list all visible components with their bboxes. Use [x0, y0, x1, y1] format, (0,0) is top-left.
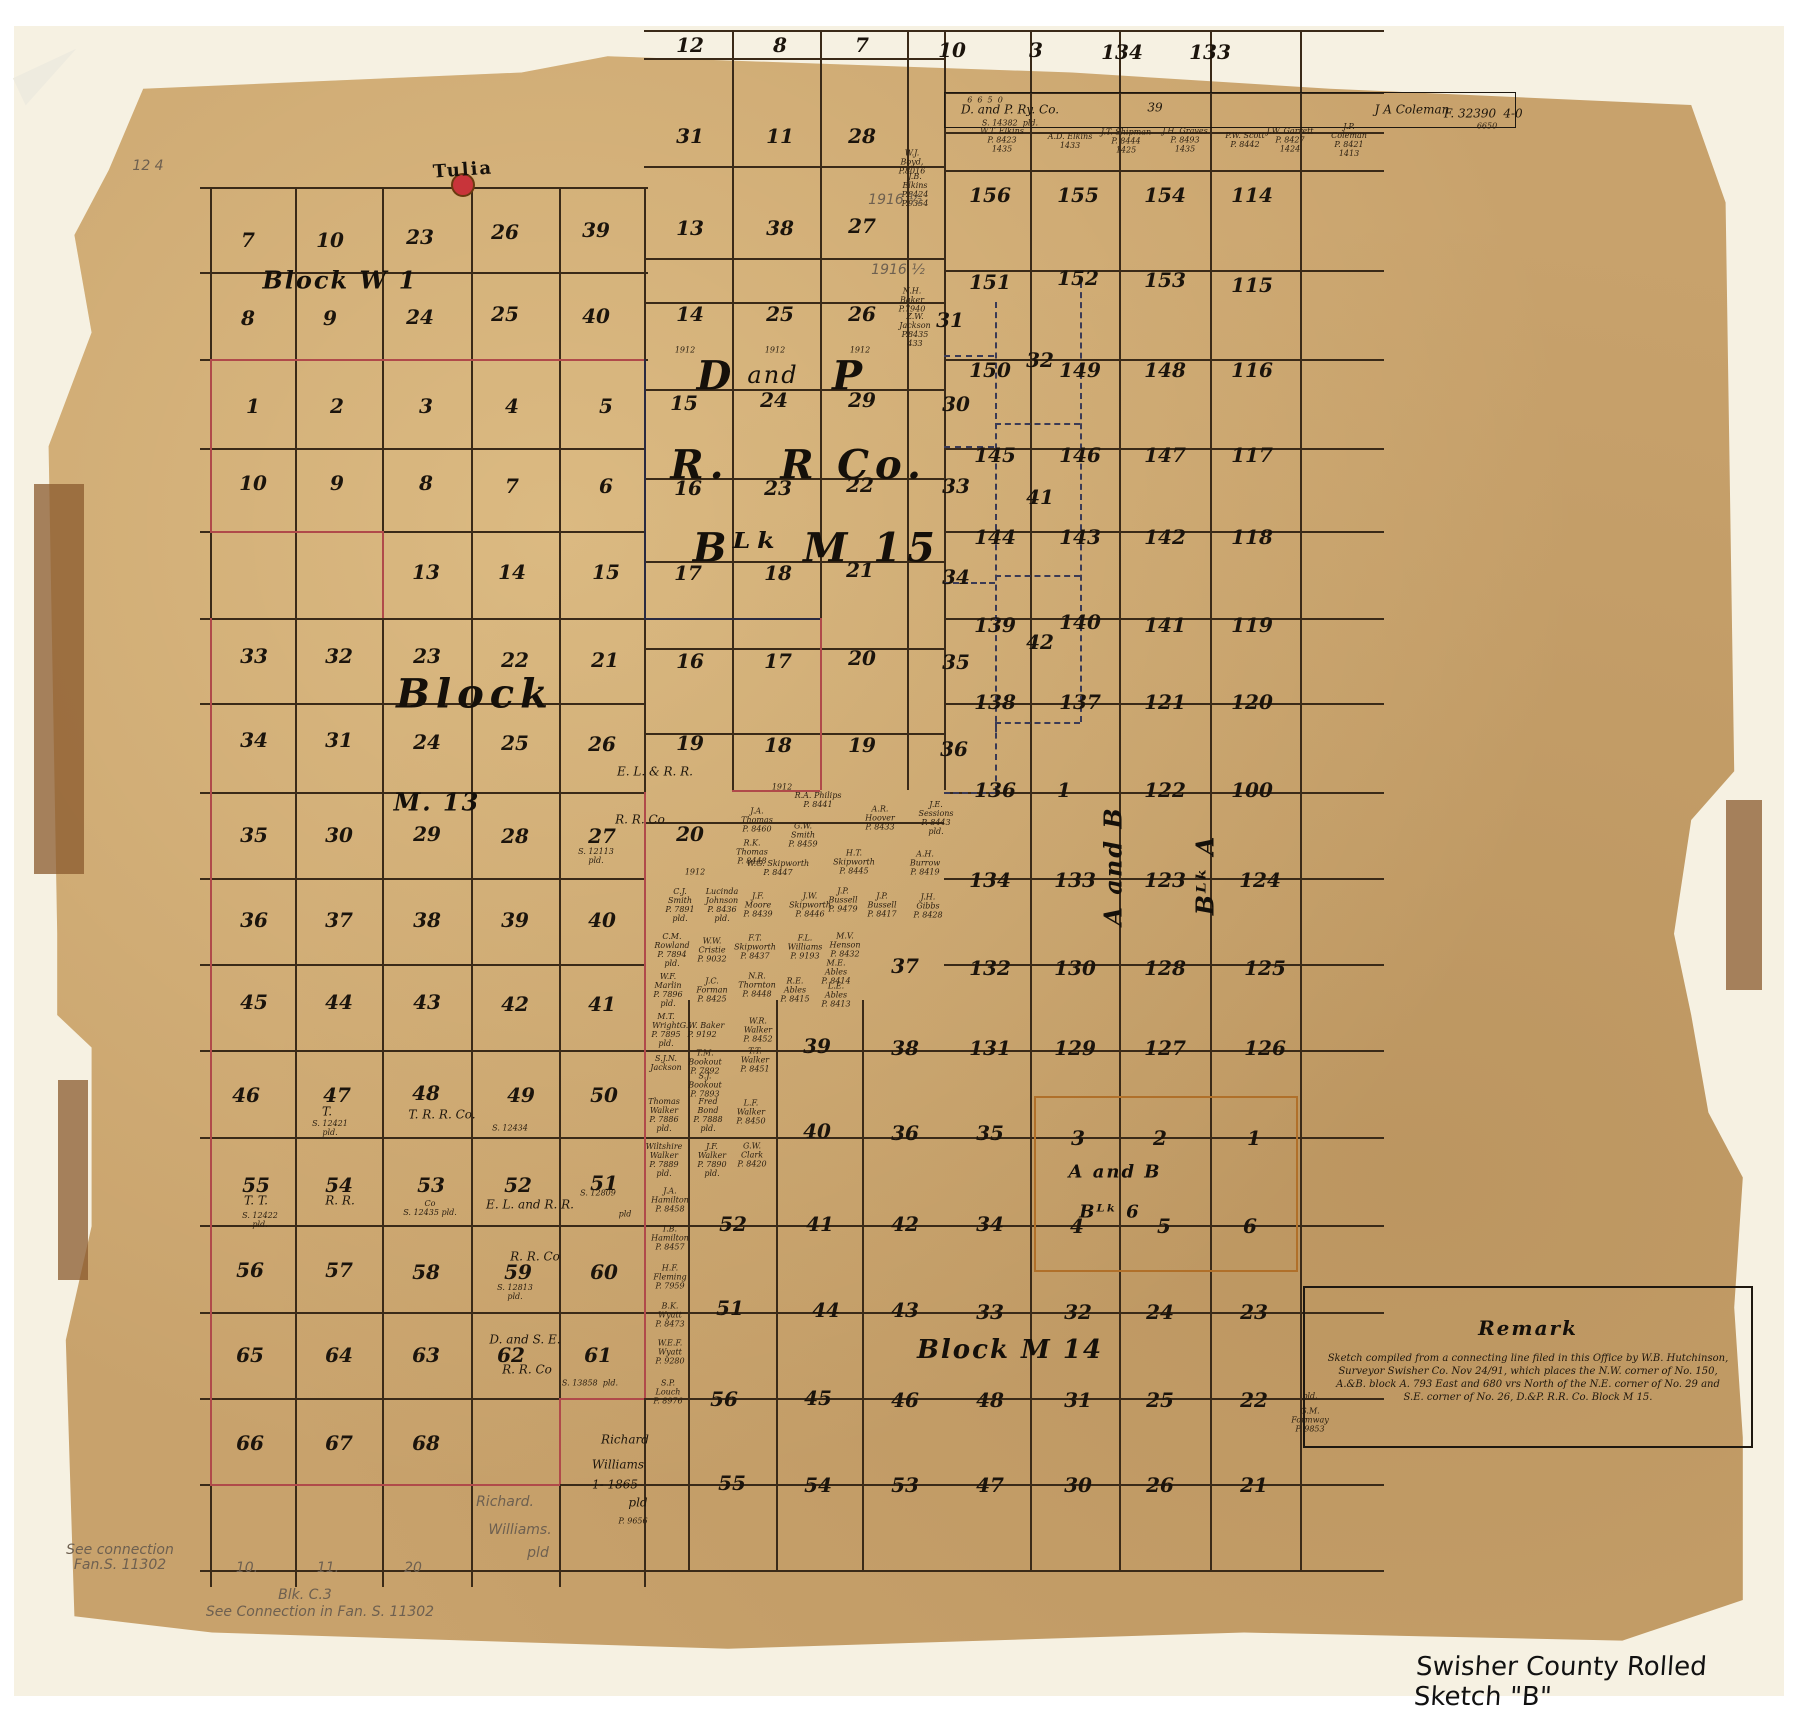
parcel-number: 152	[1057, 266, 1099, 290]
owner-label: R.E. Ables P. 8415	[780, 977, 809, 1004]
pencil-annotation: Richard.	[476, 1494, 534, 1510]
owner-label: I.B. Hamilton P. 8457	[651, 1225, 689, 1252]
owner-label: S. 12113 pld.	[578, 847, 614, 865]
parcel-number: 56	[710, 1387, 738, 1411]
parcel-number: 129	[1054, 1036, 1096, 1060]
owner-label: Lucinda Johnson P. 8436 pld.	[706, 887, 739, 923]
grid-line-horizontal	[200, 618, 644, 620]
parcel-number: 40	[803, 1119, 831, 1143]
owner-label: J.W. Skipworth P. 8446	[789, 892, 831, 919]
owner-label: S. 12422 pld.	[242, 1211, 278, 1229]
parcel-number: 10	[316, 228, 344, 252]
parcel-number: 2	[330, 394, 344, 418]
grid-line-horizontal	[200, 964, 644, 966]
parcel-number: 151	[969, 270, 1011, 294]
parcel-number: 156	[969, 183, 1011, 207]
parcel-number: 52	[504, 1173, 532, 1197]
dashed-boundary	[995, 722, 1080, 724]
owner-label: 1912	[850, 346, 870, 355]
owner-label: N.R. Thornton P. 8448	[738, 972, 775, 999]
parcel-number: 64	[325, 1343, 353, 1367]
owner-label: P. 9656	[618, 1517, 647, 1526]
owner-label: J.P. Bussell P. 8417	[867, 892, 896, 919]
parcel-number: 18	[764, 733, 792, 757]
parcel-number: 126	[1244, 1036, 1286, 1060]
boundary-dp	[644, 618, 820, 620]
parcel-number: 23	[406, 225, 434, 249]
dashed-boundary	[995, 423, 1080, 425]
grid-line-vertical	[862, 1000, 864, 1570]
parcel-number: 131	[969, 1036, 1011, 1060]
parcel-number: 116	[1231, 358, 1273, 382]
block-ab-vertical-label: A and B	[1099, 806, 1128, 925]
parcel-number: 29	[413, 822, 441, 846]
grid-line-vertical	[1119, 30, 1121, 1570]
sheet-caption: Swisher County Rolled Sketch "B"	[1413, 1652, 1800, 1712]
parcel-number: 121	[1144, 690, 1186, 714]
owner-label: H.F. Fleming P. 7959	[653, 1264, 686, 1291]
owner-label: 1912	[675, 346, 695, 355]
owner-label: T.T. Walker P. 8451	[740, 1047, 769, 1074]
parcel-number: 3	[1029, 38, 1043, 62]
parcel-number: 1	[1057, 778, 1071, 802]
owner-label: H.T. Skipworth P. 8445	[833, 849, 875, 876]
parcel-number: 42	[1026, 630, 1054, 654]
remark-title: Remark	[1305, 1316, 1751, 1340]
owner-label: E. L. & R. R.	[617, 766, 693, 779]
owner-label: 1- 1865	[592, 1479, 638, 1492]
parcel-number: 27	[588, 824, 616, 848]
parcel-number: 61	[584, 1343, 612, 1367]
dp-company-and: and	[747, 361, 798, 389]
parcel-number: 132	[969, 956, 1011, 980]
parcel-number: 26	[1146, 1473, 1174, 1497]
parcel-number: 32	[1026, 348, 1054, 372]
owner-label: C.J. Smith P. 7891 pld.	[665, 887, 694, 923]
parcel-number: 40	[588, 908, 616, 932]
parcel-number: 31	[676, 124, 704, 148]
dashed-boundary	[1080, 282, 1082, 722]
parcel-number: 30	[1064, 1473, 1092, 1497]
parcel-number: 55	[718, 1471, 746, 1495]
parcel-number: 13	[412, 560, 440, 584]
grid-line-vertical	[295, 187, 297, 1587]
parcel-number: 140	[1059, 610, 1101, 634]
boundary-red	[820, 618, 822, 790]
owner-label: 1912	[685, 868, 705, 877]
owner-label: J A Coleman	[1375, 104, 1450, 117]
grid-line-horizontal	[200, 1137, 644, 1139]
owner-label: J.C. Forman P. 8425	[696, 977, 727, 1004]
tape-strip-right	[1726, 800, 1762, 990]
parcel-number: 45	[240, 990, 268, 1014]
boundary-dp	[644, 359, 646, 618]
parcel-number: 141	[1144, 613, 1186, 637]
parcel-number: 41	[806, 1212, 834, 1236]
parcel-number: 10	[938, 38, 966, 62]
parcel-number: 36	[891, 1121, 919, 1145]
owner-label: pld	[619, 1210, 632, 1219]
parcel-number: 54	[804, 1473, 832, 1497]
parcel-number: 43	[891, 1298, 919, 1322]
parcel-number: 8	[773, 33, 787, 57]
parcel-number: 48	[412, 1081, 440, 1105]
owner-label: Z.W. Jackson P.8435 433	[899, 312, 930, 348]
parcel-number: 58	[412, 1260, 440, 1284]
parcel-number: 149	[1059, 358, 1101, 382]
parcel-number: 33	[240, 644, 268, 668]
parcel-number: 6	[599, 474, 613, 498]
parcel-number: 50	[590, 1083, 618, 1107]
remark-box: Remark Sketch compiled from a connecting…	[1303, 1286, 1753, 1448]
grid-line-horizontal	[644, 1570, 944, 1572]
parcel-number: 134	[1101, 40, 1143, 64]
grid-line-horizontal	[200, 1312, 644, 1314]
parcel-number: 25	[766, 302, 794, 326]
owner-label: D. and S. E.	[489, 1334, 560, 1347]
parcel-number: 24	[413, 730, 441, 754]
parcel-number: 137	[1059, 690, 1101, 714]
parcel-number: 21	[846, 558, 874, 582]
parcel-number: 147	[1144, 443, 1186, 467]
boundary-red	[210, 531, 382, 533]
parcel-number: 12	[676, 33, 704, 57]
parcel-number: 22	[846, 473, 874, 497]
owner-label: N.H. Baker P.7940	[899, 287, 926, 314]
parcel-number: 15	[592, 560, 620, 584]
owner-label: G.W. Clark P. 8420	[737, 1142, 766, 1169]
parcel-number: 134	[969, 868, 1011, 892]
parcel-number: 22	[501, 648, 529, 672]
owner-label: M.V. Henson P. 8432	[830, 932, 861, 959]
owner-label: J.A. Thomas P. 8460	[741, 807, 773, 834]
pencil-annotation: Blk. C.3	[278, 1587, 332, 1603]
owner-label: T. R. R. Co.	[408, 1109, 475, 1122]
parcel-number: 63	[412, 1343, 440, 1367]
parcel-number: 17	[674, 561, 702, 585]
block-a-vertical-label: Bᴸᵏ A	[1191, 835, 1220, 915]
owner-label: W.T. Elkins P. 8423 1435	[980, 127, 1024, 154]
boundary-red	[559, 1398, 644, 1400]
owner-label: W.R. Walker P. 8452	[743, 1017, 772, 1044]
owner-label: S. 12813 pld.	[497, 1283, 533, 1301]
parcel-number: 32	[325, 644, 353, 668]
parcel-number: 26	[848, 302, 876, 326]
parcel-number: 37	[325, 908, 353, 932]
parcel-number: 14	[498, 560, 526, 584]
parcel-number: 130	[1054, 956, 1096, 980]
owner-label: T.	[322, 1106, 332, 1119]
owner-label: J.H. Graves P. 8493 1435	[1162, 127, 1208, 154]
owner-label: J.W. Garrett P. 8427 1424	[1266, 127, 1313, 154]
parcel-number: 138	[974, 690, 1016, 714]
parcel-number: 36	[240, 908, 268, 932]
pencil-annotation: Williams.	[488, 1522, 551, 1538]
parcel-number: 16	[676, 649, 704, 673]
parcel-number: 144	[974, 525, 1016, 549]
parcel-number: 128	[1144, 956, 1186, 980]
tape-strip-left-upper	[34, 484, 84, 874]
pencil-annotation: 10.	[236, 1560, 258, 1576]
block-m14-label: Block M 14	[917, 1335, 1103, 1365]
owner-label: J.E. Sessions P. 8443 pld.	[918, 800, 953, 836]
parcel-number: 21	[1240, 1473, 1268, 1497]
parcel-number: 145	[974, 443, 1016, 467]
parcel-number: 7	[505, 474, 519, 498]
owner-label: T. T.	[244, 1195, 268, 1208]
parcel-number: 7	[241, 228, 255, 252]
grid-line-vertical	[732, 30, 734, 790]
parcel-number: 35	[942, 650, 970, 674]
parcel-number: 24	[760, 388, 788, 412]
town-label: Tulia	[432, 157, 493, 182]
parcel-number: 119	[1231, 613, 1273, 637]
parcel-number: 44	[812, 1298, 840, 1322]
owner-label: W.G. Skipworth P. 8447	[747, 859, 809, 877]
owner-label: 1912	[765, 346, 785, 355]
remark-body: Sketch compiled from a connecting line f…	[1325, 1352, 1731, 1404]
parcel-number: 123	[1144, 868, 1186, 892]
owner-label: S.J.N. Jackson	[650, 1054, 681, 1072]
parcel-number: 31	[936, 308, 964, 332]
owner-label: pld	[628, 1497, 647, 1510]
block-w1-label: Block W 1	[262, 266, 417, 295]
parcel-number: 9	[323, 306, 337, 330]
parcel-number: 57	[325, 1258, 353, 1282]
parcel-number: 23	[413, 644, 441, 668]
grid-line-vertical	[471, 187, 473, 1587]
parcel-number: 33	[976, 1300, 1004, 1324]
parcel-number: 127	[1144, 1036, 1186, 1060]
parcel-number: 22	[1240, 1388, 1268, 1412]
parcel-number: 41	[1026, 485, 1054, 509]
owner-label: Fred Bond P. 7888 pld.	[693, 1097, 722, 1133]
parcel-number: 27	[848, 214, 876, 238]
parcel-number: 117	[1231, 443, 1273, 467]
parcel-number: 47	[976, 1473, 1004, 1497]
grid-line-vertical	[559, 187, 561, 1587]
parcel-number: 32	[1064, 1300, 1092, 1324]
parcel-number: 23	[764, 476, 792, 500]
parcel-number: 65	[236, 1343, 264, 1367]
parcel-number: 25	[1146, 1388, 1174, 1412]
parcel-number: 38	[766, 216, 794, 240]
parcel-number: 4	[505, 394, 519, 418]
parcel-number: 29	[848, 388, 876, 412]
owner-label: Richard	[601, 1434, 649, 1447]
grid-line-horizontal	[644, 58, 944, 60]
parcel-number: 31	[1064, 1388, 1092, 1412]
parcel-number: 41	[588, 992, 616, 1016]
owner-label: R.A. Philips P. 8441	[795, 791, 842, 809]
owner-label: Williams	[592, 1459, 644, 1472]
parcel-number: 30	[942, 392, 970, 416]
parcel-number: 154	[1144, 183, 1186, 207]
grid-line-vertical	[1210, 30, 1212, 1570]
parcel-number: 8	[241, 306, 255, 330]
parcel-number: 9	[330, 471, 344, 495]
grid-line-horizontal	[944, 170, 1384, 172]
owner-label: L.E. Ables P. 8413	[821, 982, 850, 1009]
parcel-number: 23	[1240, 1300, 1268, 1324]
owner-label: J.F. Walker P. 7890 pld.	[697, 1142, 726, 1178]
owner-label: L.F. Walker P. 8450	[736, 1099, 765, 1126]
parcel-number: 45	[804, 1386, 832, 1410]
parcel-number: 66	[236, 1431, 264, 1455]
parcel-number: 7	[855, 33, 869, 57]
owner-label: J.P. Bussell P. 9479	[828, 887, 857, 914]
boundary-red	[210, 359, 212, 531]
parcel-number: 35	[976, 1121, 1004, 1145]
parcel-number: 133	[1189, 40, 1231, 64]
owner-label: Co S. 12435 pld.	[403, 1199, 457, 1217]
owner-label: J.A. Hamilton P. 8458	[651, 1187, 689, 1214]
parcel-number: 26	[588, 732, 616, 756]
parcel-number: 20	[848, 646, 876, 670]
owner-label: D. and P. Ry. Co.	[961, 104, 1059, 117]
parcel-number: 46	[232, 1083, 260, 1107]
parcel-number: 24	[1146, 1300, 1174, 1324]
parcel-number: 1	[1247, 1126, 1261, 1150]
owner-label: 39	[1147, 102, 1162, 115]
parcel-number: 8	[419, 471, 433, 495]
parcel-number: 46	[891, 1388, 919, 1412]
parcel-number: 38	[413, 908, 441, 932]
parcel-number: 100	[1231, 778, 1273, 802]
dashed-boundary	[944, 355, 994, 357]
owner-label: J.H. Gibbs P. 8428	[913, 893, 942, 920]
owner-label: 6650	[1477, 122, 1497, 131]
parcel-number: 48	[976, 1388, 1004, 1412]
parcel-number: 19	[848, 733, 876, 757]
parcel-number: 118	[1231, 525, 1273, 549]
map-canvas: Tulia Block W 1 Block M. 13 D and P R. R…	[0, 0, 1800, 1721]
parcel-number: 34	[976, 1212, 1004, 1236]
parcel-number: 13	[676, 216, 704, 240]
parcel-number: 139	[974, 613, 1016, 637]
owner-label: G.W. Smith P. 8459	[788, 822, 817, 849]
parcel-number: 43	[413, 990, 441, 1014]
pencil-annotation: Fan.S. 11302	[74, 1557, 166, 1573]
owner-label: S. 12434	[492, 1124, 528, 1133]
parcel-number: 5	[599, 394, 613, 418]
parcel-number: 39	[582, 218, 610, 242]
parcel-number: 146	[1059, 443, 1101, 467]
owner-label: E. L. and R. R.	[486, 1199, 574, 1212]
boundary-red	[644, 792, 646, 1398]
parcel-number: 25	[491, 302, 519, 326]
parcel-number: 114	[1231, 183, 1273, 207]
parcel-number: 28	[501, 824, 529, 848]
parcel-number: 6	[1243, 1214, 1257, 1238]
parcel-number: 49	[507, 1083, 535, 1107]
parcel-number: 37	[891, 954, 919, 978]
parcel-number: 115	[1231, 273, 1273, 297]
parcel-number: 20	[676, 822, 704, 846]
parcel-number: 44	[325, 990, 353, 1014]
grid-line-vertical	[776, 1000, 778, 1570]
owner-label: S. 12809	[580, 1189, 616, 1198]
grid-line-horizontal	[944, 30, 1384, 32]
grid-line-vertical	[1300, 30, 1302, 1570]
parcel-number: 150	[969, 358, 1011, 382]
owner-label: R. R. Co	[615, 814, 665, 827]
parcel-number: 47	[323, 1083, 351, 1107]
parcel-number: 26	[491, 220, 519, 244]
parcel-number: 59	[504, 1260, 532, 1284]
parcel-number: 148	[1144, 358, 1186, 382]
parcel-number: 52	[719, 1212, 747, 1236]
pencil-annotation: See connection	[66, 1542, 174, 1558]
parcel-number: 38	[891, 1036, 919, 1060]
parcel-number: 3	[1071, 1126, 1085, 1150]
owner-label: F.L. Williams P. 9193	[788, 934, 823, 961]
block-m13-label: Block	[396, 671, 554, 718]
block-6-boundary	[1034, 1096, 1298, 1272]
parcel-number: 53	[891, 1473, 919, 1497]
tape-strip-left-lower	[58, 1080, 88, 1280]
pencil-annotation: 1916 ½	[868, 192, 922, 208]
owner-label: 6 6 5 0	[967, 96, 1003, 105]
grid-line-horizontal	[200, 1050, 644, 1052]
owner-label: Wiltshire Walker P. 7889 pld.	[646, 1142, 683, 1178]
pencil-annotation: 11.	[317, 1560, 339, 1576]
dashed-boundary	[995, 575, 1080, 577]
parcel-number: 33	[942, 474, 970, 498]
dp-company-d: D	[697, 353, 738, 400]
owner-label: S. 12421 pld.	[312, 1119, 348, 1137]
parcel-number: 42	[891, 1212, 919, 1236]
parcel-number: 153	[1144, 268, 1186, 292]
owner-label: C.M. Rowland P. 7894 pld.	[654, 932, 689, 968]
owner-label: R. R. Co	[510, 1251, 560, 1264]
owner-label: F. 32390	[1444, 108, 1496, 121]
owner-label: F.T. Skipworth P. 8437	[734, 934, 776, 961]
parcel-number: 155	[1057, 183, 1099, 207]
parcel-number: 51	[716, 1296, 744, 1320]
boundary-red	[210, 618, 212, 1484]
owner-label: W.F. Marlin P. 7896 pld.	[653, 972, 682, 1008]
owner-label: 1912	[772, 783, 792, 792]
grid-line-horizontal	[200, 448, 644, 450]
owner-label: W.E.F. Wyatt P. 9280	[655, 1339, 684, 1366]
parcel-number: 16	[674, 476, 702, 500]
grid-line-horizontal	[200, 878, 644, 880]
owner-label: M.T. Wright P. 7895 pld.	[651, 1012, 680, 1048]
grid-line-vertical	[907, 30, 909, 790]
parcel-number: 60	[590, 1260, 618, 1284]
block6-ab-label: A and B	[1068, 1162, 1161, 1183]
parcel-number: 31	[325, 728, 353, 752]
boundary-red	[210, 359, 644, 361]
owner-label: S.P. Louch P. 8976	[653, 1379, 682, 1406]
parcel-number: 124	[1239, 868, 1281, 892]
owner-label: R. R. Co	[502, 1364, 552, 1377]
parcel-number: 120	[1231, 690, 1273, 714]
block6-id-label: Bᴸᵏ 6	[1079, 1202, 1140, 1223]
parcel-number: 17	[764, 649, 792, 673]
owner-label: J.P. Coleman P. 8421 1413	[1331, 122, 1367, 158]
parcel-number: 34	[240, 728, 268, 752]
parcel-number: 28	[848, 124, 876, 148]
owner-label: S.J. Bookout P. 7893	[688, 1072, 722, 1099]
parcel-number: 11	[766, 124, 794, 148]
parcel-number: 1	[246, 394, 260, 418]
grid-line-vertical	[382, 187, 384, 1587]
parcel-number: 30	[325, 823, 353, 847]
parcel-number: 39	[501, 908, 529, 932]
parcel-number: 3	[419, 394, 433, 418]
